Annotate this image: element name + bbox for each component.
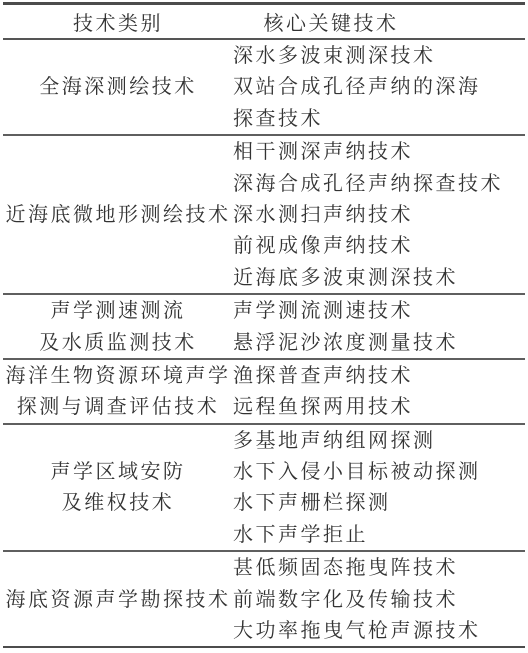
table-header-row: 技术类别 核心关键技术 [3,5,525,40]
category-line: 全海深测绘技术 [3,71,233,102]
table-row: 海底资源声学勘探技术甚低频固态拖曳阵技术前端数字化及传输技术大功率拖曳气枪声源技… [3,552,525,646]
core-tech-line: 双站合成孔径声纳的深海 [233,71,525,102]
core-tech-line: 前端数字化及传输技术 [233,584,525,615]
category-cell: 海洋生物资源环境声学探测与调查评估技术 [3,360,233,423]
table-row: 声学区域安防及维权技术多基地声纳组网探测水下入侵小目标被动探测水下声栅栏探测水下… [3,425,525,553]
core-tech-line: 近海底多波束测深技术 [233,262,525,293]
core-tech-line: 声学测流测速技术 [233,295,525,326]
core-tech-line: 远程鱼探两用技术 [233,391,525,422]
core-tech-line: 深水测扫声纳技术 [233,199,525,230]
table-row: 近海底微地形测绘技术相干测深声纳技术深海合成孔径声纳探查技术深水测扫声纳技术前视… [3,136,525,295]
core-tech-line: 前视成像声纳技术 [233,230,525,261]
table-body: 全海深测绘技术深水多波束测深技术双站合成孔径声纳的深海探查技术近海底微地形测绘技… [3,40,525,646]
category-cell: 海底资源声学勘探技术 [3,552,233,646]
core-tech-cell: 相干测深声纳技术深海合成孔径声纳探查技术深水测扫声纳技术前视成像声纳技术近海底多… [233,136,525,293]
category-line: 声学测速测流 [3,295,233,326]
table-row: 声学测速测流及水质监测技术声学测流测速技术悬浮泥沙浓度测量技术 [3,295,525,360]
category-cell: 全海深测绘技术 [3,40,233,134]
category-cell: 近海底微地形测绘技术 [3,136,233,293]
category-line: 及维权技术 [3,487,233,518]
core-tech-cell: 甚低频固态拖曳阵技术前端数字化及传输技术大功率拖曳气枪声源技术 [233,552,525,646]
category-cell: 声学区域安防及维权技术 [3,425,233,551]
core-tech-line: 悬浮泥沙浓度测量技术 [233,327,525,358]
core-tech-line: 深海合成孔径声纳探查技术 [233,168,525,199]
core-tech-line: 大功率拖曳气枪声源技术 [233,615,525,646]
category-line: 海底资源声学勘探技术 [3,584,233,615]
core-tech-line: 水下声学拒止 [233,519,525,550]
core-tech-line: 相干测深声纳技术 [233,136,525,167]
core-tech-line: 水下声栅栏探测 [233,487,525,518]
core-tech-line: 多基地声纳组网探测 [233,425,525,456]
core-tech-cell: 渔探普查声纳技术远程鱼探两用技术 [233,360,525,423]
core-tech-line: 探查技术 [233,103,525,134]
core-tech-line: 深水多波束测深技术 [233,40,525,71]
core-tech-cell: 多基地声纳组网探测水下入侵小目标被动探测水下声栅栏探测水下声学拒止 [233,425,525,551]
table-row: 海洋生物资源环境声学探测与调查评估技术渔探普查声纳技术远程鱼探两用技术 [3,360,525,425]
category-cell: 声学测速测流及水质监测技术 [3,295,233,358]
core-tech-cell: 深水多波束测深技术双站合成孔径声纳的深海探查技术 [233,40,525,134]
category-line: 及水质监测技术 [3,327,233,358]
category-line: 海洋生物资源环境声学 [3,360,233,391]
core-tech-line: 水下入侵小目标被动探测 [233,456,525,487]
column-header-category: 技术类别 [3,7,233,36]
technology-table: 技术类别 核心关键技术 全海深测绘技术深水多波束测深技术双站合成孔径声纳的深海探… [3,2,525,648]
category-line: 声学区域安防 [3,456,233,487]
core-tech-line: 甚低频固态拖曳阵技术 [233,552,525,583]
core-tech-line: 渔探普查声纳技术 [233,360,525,391]
category-line: 探测与调查评估技术 [3,391,233,422]
category-line: 近海底微地形测绘技术 [3,199,233,230]
column-header-core-tech: 核心关键技术 [233,7,525,36]
core-tech-cell: 声学测流测速技术悬浮泥沙浓度测量技术 [233,295,525,358]
table-row: 全海深测绘技术深水多波束测深技术双站合成孔径声纳的深海探查技术 [3,40,525,136]
